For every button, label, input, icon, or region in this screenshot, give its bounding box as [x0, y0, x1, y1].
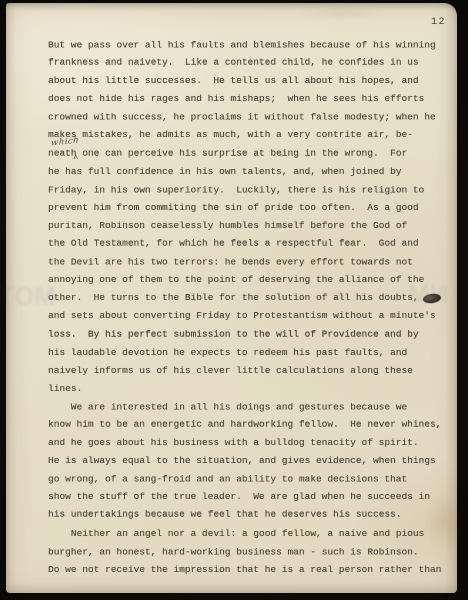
typed-line: does not hide his rages and his mishaps;…: [48, 90, 452, 108]
paper-stain-top: [296, 5, 386, 21]
typed-line: burgher, an honest, hard-working busines…: [48, 543, 452, 561]
typed-line: and he goes about his business with a bu…: [48, 434, 452, 452]
typed-line: puritan, Robinson ceaselessly humbles hi…: [48, 217, 452, 235]
typed-line: prevent him from commiting the sin of pr…: [48, 199, 452, 217]
typed-line: the Old Testament, for which he feels a …: [48, 235, 452, 253]
typewritten-page: MOT NM 12 But we pass over all his fault…: [6, 3, 457, 593]
typed-line: his laudable devotion he expects to rede…: [48, 344, 452, 362]
typed-line: naively informs us of his clever little …: [48, 362, 452, 380]
typed-line: the Devil are his two terrors: he bends …: [48, 253, 452, 271]
typed-line: frankness and naivety. Like a contented …: [48, 54, 452, 72]
typed-line: show the stuff of the true leader. We ar…: [48, 488, 452, 506]
insertion-caret-icon: ^: [73, 155, 78, 164]
typed-line: Friday, in his own superiority. Luckily,…: [48, 181, 452, 199]
typed-line: loss. By his perfect submission to the w…: [48, 325, 452, 343]
typed-line: other. He turns to the Bible for the sol…: [48, 289, 452, 307]
typed-line: know him to be an energetic and hardwork…: [48, 416, 452, 434]
typed-line: makes mistakes, he admits as much, with …: [48, 126, 452, 144]
typed-line: he has full confidence in his own talent…: [48, 163, 452, 181]
typed-line: But we pass over all his faults and blem…: [48, 36, 452, 54]
typed-line: and sets about converting Friday to Prot…: [48, 307, 452, 325]
typed-line: about his little successes. He tells us …: [48, 72, 452, 90]
typed-line: annoying one of them to the point of des…: [48, 271, 452, 289]
typed-line: go wrong, of a sang-froid and an ability…: [48, 471, 452, 489]
typed-line: neath one can perceive his surprise at b…: [48, 144, 452, 162]
typed-line: Do we not receive the impression that he…: [48, 561, 452, 579]
typed-line: He is always equal to the situation, and…: [48, 452, 452, 470]
typed-line: lines.: [48, 380, 452, 398]
typed-line: We are interested in all his doings and …: [48, 398, 452, 416]
typed-text-block: But we pass over all his faults and blem…: [48, 36, 452, 579]
typed-line: his undertakings because we feel that he…: [48, 506, 452, 524]
typed-line: Neither an angel nor a devil: a good fel…: [48, 525, 452, 543]
typed-line: crowned with success, he proclaims it wi…: [48, 109, 452, 127]
scan-background: MOT NM 12 But we pass over all his fault…: [0, 0, 468, 600]
page-number: 12: [431, 17, 446, 28]
